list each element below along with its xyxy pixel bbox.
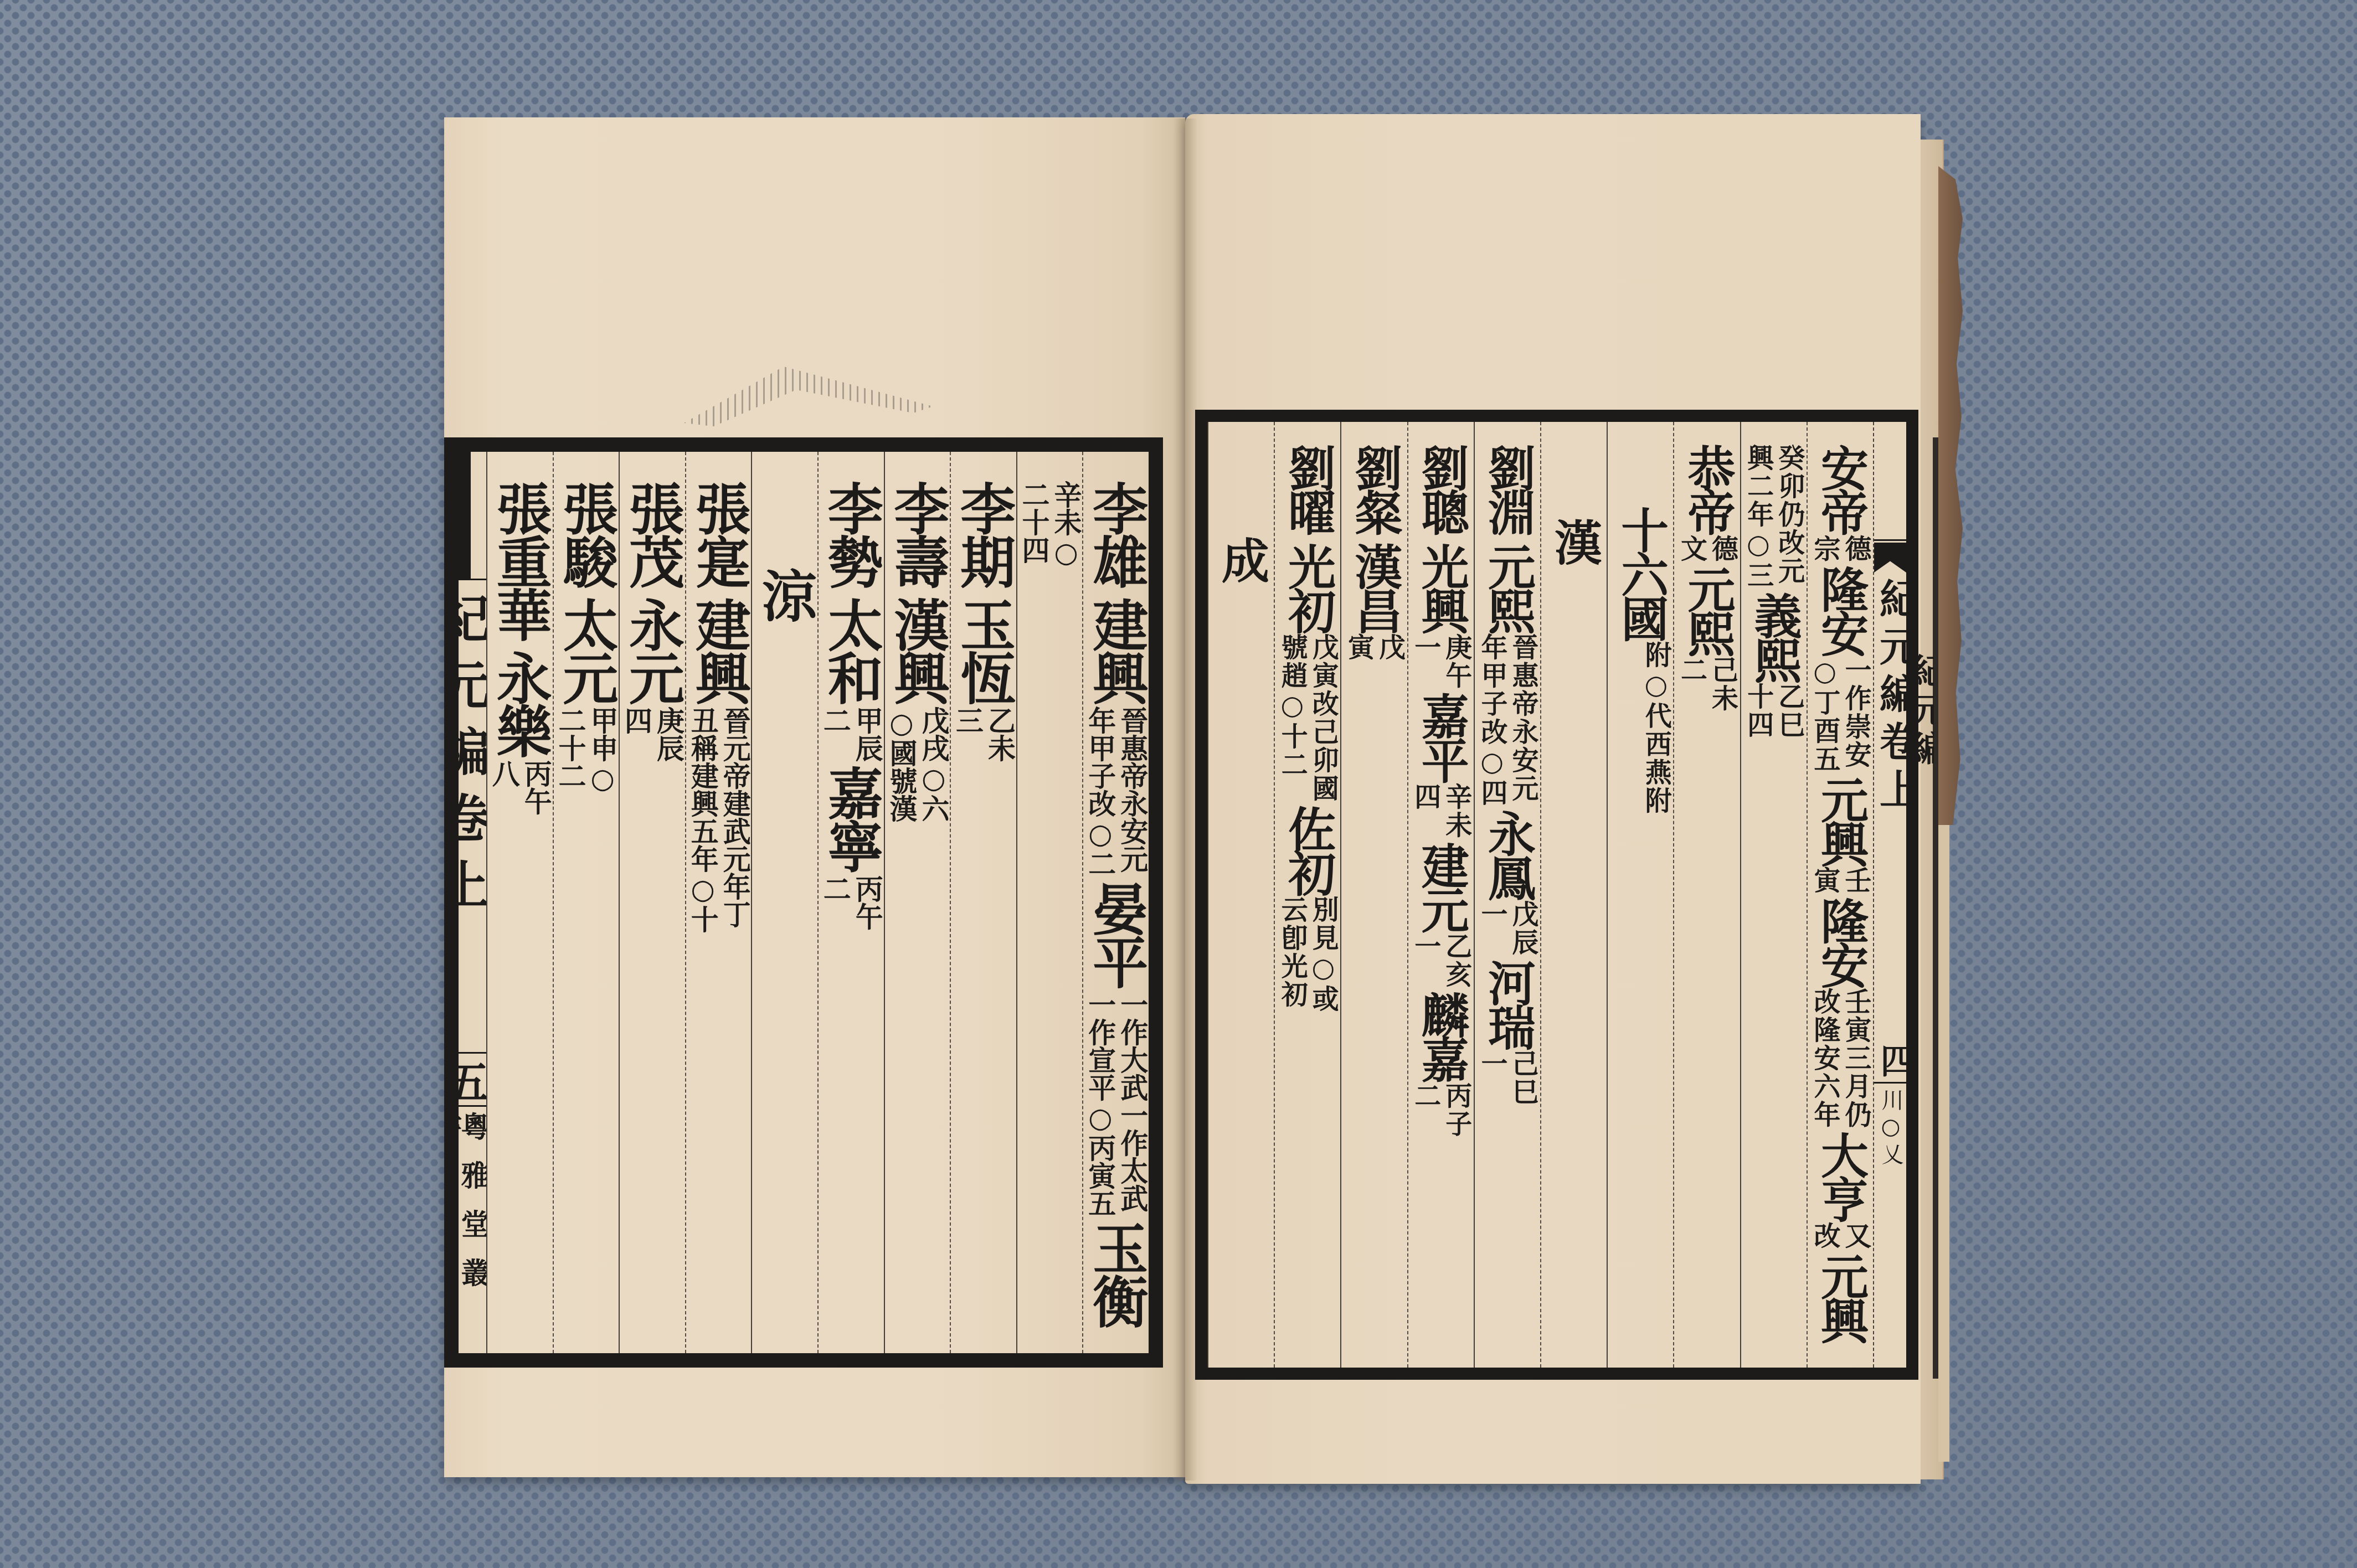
annotation: 一作大武一作太武 一作宣平○丙寅五 xyxy=(1085,991,1146,1217)
annotation-left-line: 改隆安六年 xyxy=(1811,988,1839,1129)
annotation: 戊 寅 xyxy=(1345,633,1403,662)
page-number: 四 xyxy=(1877,1043,1906,1077)
left-page-columns: 李雄 建興 晉惠帝永安元 年甲子改○二 晏平 一作大武一作太武 一作宣平○丙寅五… xyxy=(486,452,1149,1353)
left-page-frame: 紀元編卷上 五 粵雅堂叢書 李雄 建興 晉惠帝永安元 年甲子改○二 晏平 一作大… xyxy=(444,437,1163,1368)
column-li-xiong: 李雄 建興 晉惠帝永安元 年甲子改○二 晏平 一作大武一作太武 一作宣平○丙寅五… xyxy=(1082,452,1149,1353)
annotation: 己巳 一 xyxy=(1478,1050,1537,1106)
imprint-label: 粵雅堂叢書 xyxy=(459,1112,486,1353)
column-zhang-shi: 張寔 建興 晉元帝建武元年丁 丑稱建興五年○十 xyxy=(685,452,752,1353)
ruler-name: 張重華 xyxy=(492,481,548,640)
annotation-right-line: 癸卯仍改元 xyxy=(1776,444,1803,585)
column-an-di: 安帝 德 宗 隆安 一作崇安 ○丁酉五 元興 壬 寅 隆安 壬寅三月仍 改隆安六… xyxy=(1807,422,1873,1368)
annotation: 德 宗 xyxy=(1811,535,1870,563)
ruler-name: 劉曜 xyxy=(1284,444,1331,533)
annotation-right-line: 又 xyxy=(1842,1222,1870,1250)
section-heading: 十六國 xyxy=(1617,506,1664,639)
annotation-left-line: 四 xyxy=(1412,783,1439,811)
section-heading: 涼 xyxy=(757,568,812,621)
annotation-right-line: 辛未○ xyxy=(1052,481,1080,569)
era-name: 建興 xyxy=(1088,597,1144,703)
annotation-right-line: 晉元帝建武元年丁 xyxy=(721,706,749,928)
left-banxin: 紀元編卷上 五 粵雅堂叢書 xyxy=(459,452,486,1353)
column-zhang-chonghua: 張重華 永樂 丙午 八 xyxy=(486,452,553,1353)
annotation-left-line: 二十四 xyxy=(1020,481,1048,564)
annotation: 戊戌○六 ○國號漢 xyxy=(887,706,948,822)
annotation-left-line: 寅 xyxy=(1811,866,1839,895)
annotation-left-line: 一作宣平○丙寅五 xyxy=(1085,991,1114,1217)
ruler-name: 安帝 xyxy=(1816,444,1864,533)
ruler-name: 劉淵 xyxy=(1484,444,1531,533)
right-banxin: 紀元編卷上 四 川○乂 xyxy=(1873,422,1906,1368)
column-gong-di: 恭帝 德 文 元熙 己未 二 xyxy=(1673,422,1740,1368)
right-page-columns: 安帝 德 宗 隆安 一作崇安 ○丁酉五 元興 壬 寅 隆安 壬寅三月仍 改隆安六… xyxy=(1207,422,1873,1368)
annotation: 丙午 八 xyxy=(490,760,550,815)
annotation-left-line: ○丁酉五 xyxy=(1811,656,1839,773)
block-cutter-mark: 川○乂 xyxy=(1880,1089,1902,1168)
annotation-left-line: 三 xyxy=(953,706,982,734)
annotation-left-line: 八 xyxy=(490,760,518,787)
annotation-left-line: 一 xyxy=(1412,932,1439,961)
annotation: 戊寅改己卯國 號趙○十二 xyxy=(1278,633,1337,803)
annotation-left-line: 二十二 xyxy=(555,706,584,790)
annotation: 辛未○ 二十四 xyxy=(1020,481,1080,569)
annotation: 甲申○ 二十二 xyxy=(555,706,616,795)
column-section-cheng: 成 xyxy=(1207,422,1274,1368)
banxin-divider xyxy=(459,1105,486,1107)
annotation-right-line: 甲申○ xyxy=(588,706,616,795)
ruler-name: 張駿 xyxy=(558,481,614,587)
era-name: 漢興 xyxy=(889,597,945,703)
book-gutter-shadow xyxy=(1173,118,1197,1481)
column-section-liang: 涼 xyxy=(751,452,817,1353)
era-name: 永樂 xyxy=(492,650,548,756)
banxin-divider xyxy=(1874,1082,1906,1084)
annotation-left-line: 二 xyxy=(821,706,850,734)
column-zhang-mao: 張茂 永元 庚辰 四 xyxy=(619,452,685,1353)
annotation-right-line: 己巳 xyxy=(1509,1050,1537,1106)
page-stack-lower-edge xyxy=(1938,825,1949,1462)
column-zhang-jun: 張駿 太元 甲申○ 二十二 xyxy=(553,452,619,1353)
era-name: 玉衡 xyxy=(1088,1220,1144,1327)
banxin-title: 紀元編卷上 xyxy=(1876,578,1906,816)
annotation-right-line: 甲辰 xyxy=(853,706,882,762)
column-li-shi: 李勢 太和 甲辰 二 嘉寧 丙午 二 xyxy=(817,452,884,1353)
annotation-right-line: 丙子 xyxy=(1443,1082,1470,1138)
era-name: 河瑞 xyxy=(1484,959,1531,1048)
annotation-right-line: 別見○或 xyxy=(1309,896,1337,1013)
annotation: 庚午 一 xyxy=(1412,633,1470,690)
right-page-frame: 安帝 德 宗 隆安 一作崇安 ○丁酉五 元興 壬 寅 隆安 壬寅三月仍 改隆安六… xyxy=(1195,410,1918,1380)
annotation: 癸卯仍改元 興二年○三 xyxy=(1744,444,1803,590)
column-li-qi: 李期 玉恆 乙未 三 xyxy=(950,452,1016,1353)
section-heading: 成 xyxy=(1217,536,1265,580)
column-liu-yao: 劉曜 光初 戊寅改己卯國 號趙○十二 佐初 別見○或 云卽光初 xyxy=(1274,422,1340,1368)
era-name: 隆安 xyxy=(1816,565,1864,654)
annotation: 己未 二 xyxy=(1677,656,1736,713)
era-name: 光初 xyxy=(1284,543,1331,631)
era-name: 玉恆 xyxy=(956,597,1011,703)
era-name: 佐初 xyxy=(1284,805,1331,894)
annotation: 乙巳 十四 xyxy=(1744,683,1803,739)
banxin-title: 紀元編卷上 xyxy=(459,592,486,925)
annotation-left-line: 年甲子改○四 xyxy=(1478,633,1506,807)
annotation-right-line: 乙巳 xyxy=(1776,683,1803,739)
annotation-right-line: 辛未 xyxy=(1443,783,1470,839)
annotation-right-line: 庚辰 xyxy=(654,706,683,762)
annotation-left-line: ○國號漢 xyxy=(887,706,915,822)
annotation-left-line: 一 xyxy=(1478,1050,1506,1078)
ruler-name: 張寔 xyxy=(691,481,747,587)
fishtail-mark xyxy=(1874,543,1906,572)
annotation: 乙亥 一 xyxy=(1412,932,1470,989)
annotation-right-line: 德 xyxy=(1708,535,1736,563)
annotation-left-line: 文 xyxy=(1677,535,1705,563)
era-name: 義熙 xyxy=(1750,592,1798,680)
ruler-name: 李壽 xyxy=(889,481,945,587)
column-liu-cong: 劉聰 光興 庚午 一 嘉平 辛未 四 建元 乙亥 一 麟嘉 丙子 二 xyxy=(1407,422,1474,1368)
ruler-name: 劉粲 xyxy=(1350,444,1398,533)
annotation: 庚辰 四 xyxy=(622,706,683,762)
era-name: 元興 xyxy=(1816,776,1864,864)
annotation-right-line: 乙未 xyxy=(985,706,1014,762)
ruler-name: 張茂 xyxy=(625,481,680,587)
era-name: 晏平 xyxy=(1088,881,1144,987)
annotation-left-line: 二 xyxy=(1677,656,1705,684)
annotation: 又 改 xyxy=(1811,1222,1870,1250)
annotation: 別見○或 云卽光初 xyxy=(1278,896,1337,1013)
annotation-right-line: 壬寅三月仍 xyxy=(1842,988,1870,1129)
column-section-han: 漢 xyxy=(1540,422,1607,1368)
ruler-name: 劉聰 xyxy=(1417,444,1465,533)
era-name: 漢昌 xyxy=(1350,543,1398,631)
annotation: 乙未 三 xyxy=(953,706,1014,762)
era-name: 麟嘉 xyxy=(1417,991,1465,1080)
page-number: 五 xyxy=(459,1060,485,1103)
era-name: 元興 xyxy=(1816,1252,1864,1341)
annotation-right-line: 己未 xyxy=(1708,656,1736,713)
annotation-left-line: 丑稱建興五年○十 xyxy=(688,706,717,933)
annotation-left-line: 云卽光初 xyxy=(1278,896,1306,1009)
column-liu-yuan: 劉淵 元熙 晉惠帝永安元 年甲子改○四 永鳳 戊辰 一 河瑞 己巳 一 xyxy=(1474,422,1540,1368)
annotation-left-line: 號趙○十二 xyxy=(1278,633,1306,779)
ruler-name: 恭帝 xyxy=(1683,444,1731,533)
annotation-left-line: 宗 xyxy=(1811,535,1839,563)
annotation-right-line: 丙午 xyxy=(853,875,882,930)
annotation-right-line: 戊 xyxy=(1376,633,1403,662)
annotation-left-line: 年甲子改○二 xyxy=(1085,706,1114,878)
column-liu-can: 劉粲 漢昌 戊 寅 xyxy=(1340,422,1407,1368)
annotation: 一作崇安 ○丁酉五 xyxy=(1811,656,1870,773)
era-name: 太元 xyxy=(558,597,614,703)
section-heading: 漢 xyxy=(1550,518,1598,563)
era-name: 永元 xyxy=(625,597,680,703)
annotation-left-line: 改 xyxy=(1811,1222,1839,1250)
annotation: 晉惠帝永安元 年甲子改○二 xyxy=(1085,706,1146,878)
annotation-right-line: 晉惠帝永安元 xyxy=(1509,633,1537,803)
annotation-right-line: 丙午 xyxy=(522,760,550,815)
annotation: 辛未 四 xyxy=(1412,783,1470,839)
annotation-left-line: 十四 xyxy=(1744,683,1772,739)
annotation: 晉元帝建武元年丁 丑稱建興五年○十 xyxy=(688,706,749,933)
ruler-name: 李雄 xyxy=(1088,481,1144,587)
annotation-left-line: 興二年○三 xyxy=(1744,444,1772,590)
era-name: 光興 xyxy=(1417,543,1465,631)
era-name: 隆安 xyxy=(1816,897,1864,986)
banxin-black-mouth xyxy=(459,452,471,579)
era-name: 嘉寧 xyxy=(824,765,879,871)
annotation-left-line: 一 xyxy=(1412,633,1439,662)
era-name: 元熙 xyxy=(1484,543,1531,631)
annotation: 丙子 二 xyxy=(1412,1082,1470,1138)
worn-page-edge xyxy=(1938,166,1963,825)
annotation-right-line: 庚午 xyxy=(1443,633,1470,690)
annotation: 壬寅三月仍 改隆安六年 xyxy=(1811,988,1870,1129)
era-name: 永鳳 xyxy=(1484,809,1531,898)
annotation-left-line: 四 xyxy=(622,706,651,734)
annotation: 晉惠帝永安元 年甲子改○四 xyxy=(1478,633,1537,807)
ruler-name: 李期 xyxy=(956,481,1011,587)
column-yixi: 癸卯仍改元 興二年○三 義熙 乙巳 十四 xyxy=(1740,422,1807,1368)
annotation: 丙午 二 xyxy=(821,875,882,930)
annotation-right-line: 一作大武一作太武 xyxy=(1118,991,1146,1212)
column-li-shou: 李壽 漢興 戊戌○六 ○國號漢 xyxy=(884,452,950,1353)
era-name: 大亨 xyxy=(1816,1131,1864,1220)
era-name: 元熙 xyxy=(1683,565,1731,654)
annotation: 壬 寅 xyxy=(1811,866,1870,895)
column-continuation: 辛未○ 二十四 xyxy=(1016,452,1083,1353)
banxin-divider xyxy=(1874,539,1906,541)
annotation-right-line: 壬 xyxy=(1842,866,1870,895)
annotation: 德 文 xyxy=(1677,535,1736,563)
era-name: 建興 xyxy=(691,597,747,703)
annotation-right-line: 附○代西燕附 xyxy=(1642,641,1670,815)
column-sixteen-kingdoms: 十六國 附○代西燕附 xyxy=(1607,422,1673,1368)
era-name: 太和 xyxy=(824,597,879,703)
era-name: 建元 xyxy=(1417,842,1465,930)
annotation-right-line: 晉惠帝永安元 xyxy=(1118,706,1146,873)
annotation-left-line: 二 xyxy=(821,875,850,902)
annotation-left-line: 一 xyxy=(1478,900,1506,929)
ruler-name: 李勢 xyxy=(824,481,879,587)
era-name: 嘉平 xyxy=(1417,692,1465,781)
annotation-right-line: 戊戌○六 xyxy=(919,706,948,822)
annotation-right-line: 乙亥 xyxy=(1443,932,1470,989)
annotation-left-line: 二 xyxy=(1412,1082,1439,1110)
annotation-right-line: 德 xyxy=(1842,535,1870,563)
annotation-left-line: 寅 xyxy=(1345,633,1372,662)
annotation-right-line: 戊寅改己卯國 xyxy=(1309,633,1337,803)
annotation: 戊辰 一 xyxy=(1478,900,1537,957)
annotation-right-line: 一作崇安 xyxy=(1842,656,1870,769)
banxin-divider xyxy=(459,1052,486,1054)
annotation: 甲辰 二 xyxy=(821,706,882,762)
annotation: 附○代西燕附 xyxy=(1611,641,1670,815)
annotation-right-line: 戊辰 xyxy=(1509,900,1537,957)
banxin-divider xyxy=(459,579,486,580)
